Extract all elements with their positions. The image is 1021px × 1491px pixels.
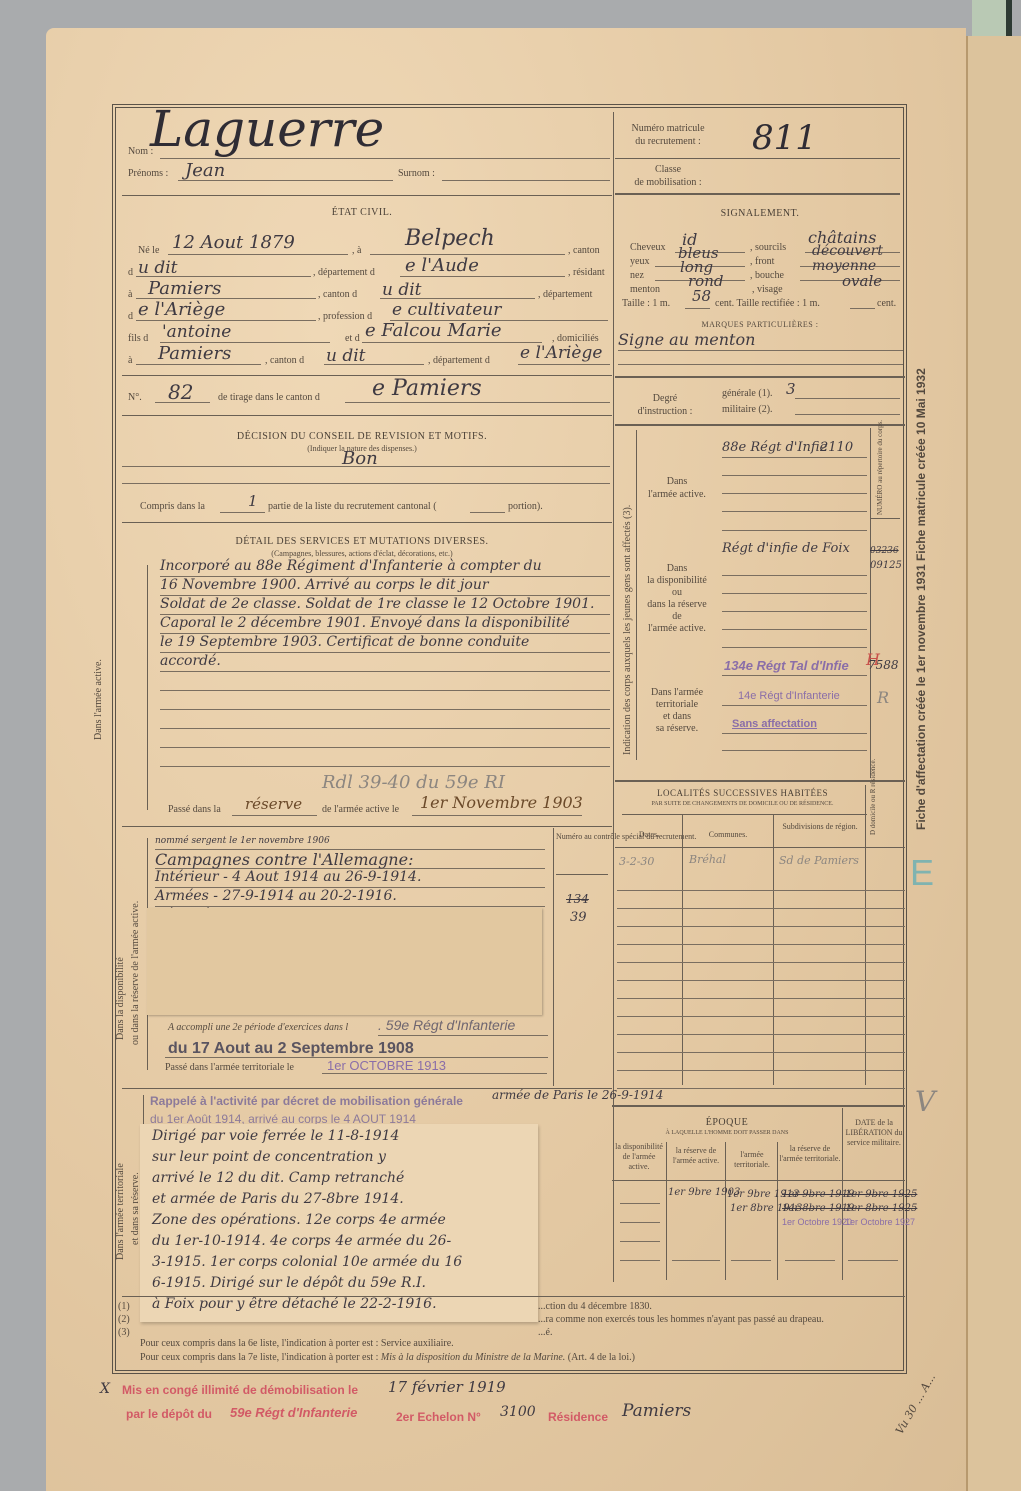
dispo-line: Intérieur - 4 Aout 1914 au 26-9-1914. (155, 869, 545, 888)
residant-a-label: à (128, 289, 132, 300)
epoque-col-reserve-active: la réserve de l'armée active. (668, 1146, 724, 1166)
departement2-value: e l'Ariège (138, 299, 225, 320)
passe-date: 1er Novembre 1903 (420, 793, 583, 812)
footnote-marker: (1) (118, 1301, 130, 1312)
epoque-subtitle: À LAQUELLE L'HOMME DOIT PASSER DANS (612, 1130, 842, 1136)
degre-label: Degréd'instruction : (625, 392, 705, 418)
visage-label: , visage (752, 284, 783, 295)
note-line: Dirigé par voie ferrée le 11-8-1914 (152, 1128, 532, 1149)
birthplace-value: Belpech (405, 226, 495, 251)
dispo-numero: 09125 (870, 560, 902, 571)
profession-value: e cultivateur (392, 300, 501, 320)
demob-residence-value: Pamiers (622, 1401, 691, 1421)
canton2-label: , canton d (318, 289, 357, 300)
note-line: 6-1915. Dirigé sur le dépôt du 59e R.I. (152, 1275, 532, 1296)
residence-value: Pamiers (148, 278, 221, 299)
service-line: Incorporé au 88e Régiment d'Infanterie à… (160, 558, 610, 577)
dispo-line: nommé sergent le 1er novembre 1906 (155, 836, 545, 850)
active-label: Dansl'armée active. (638, 475, 716, 501)
footnote-6: Pour ceux compris dans la 6e liste, l'in… (140, 1338, 454, 1349)
signalement-title: SIGNALEMENT. (615, 208, 905, 219)
canton2-value: u dit (382, 280, 422, 300)
prenoms-label: Prénoms : (128, 168, 168, 179)
note-line: sur leur point de concentration y (152, 1149, 532, 1170)
cent-label: cent. (877, 298, 896, 309)
demob-echelon-no: 3100 (500, 1404, 536, 1420)
numero-controle-label: Numéro au contrôle spécial du recrutemen… (556, 832, 608, 842)
nom-value: Laguerre (150, 100, 384, 158)
compris-suffix: partie de la liste du recrutement canton… (268, 501, 437, 512)
col-communes: Communes. (684, 830, 772, 839)
demob-label-1: Mis en congé illimité de démobilisation … (122, 1383, 358, 1397)
services-subtitle: (Campagnes, blessures, actions d'éclat, … (112, 549, 612, 558)
service-line: 16 Novembre 1900. Arrivé au corps le dit… (160, 577, 610, 596)
nez-label: nez (630, 270, 644, 281)
epoque-title: ÉPOQUE (612, 1117, 842, 1128)
active-value: 88e Régt d'Infie (722, 440, 827, 455)
liberation-label: DATE de la LIBÉRATION du service militai… (845, 1118, 903, 1148)
epoque-reserve-territoriale-stamp: 1er Octobre 1920 (782, 1217, 852, 1227)
demob-regiment: 59e Régt d'Infanterie (230, 1405, 357, 1420)
militaire-label: militaire (2). (722, 404, 773, 415)
sourcils-label: , sourcils (750, 242, 786, 253)
taille-label: Taille : 1 m. (622, 298, 670, 309)
note-line: du 1er-10-1914. 4e corps 4e armée du 26- (152, 1233, 532, 1254)
territoriale-corps-label: Dans l'arméeterritorialeet danssa réserv… (638, 687, 716, 735)
territoriale-stamp-3: Sans affectation (732, 718, 817, 730)
epoque-reserve-territoriale-1: 1er 9bre 1919 (782, 1189, 854, 1200)
canton3-label: , canton d (265, 355, 304, 366)
passe-label: Passé dans la (168, 804, 221, 815)
pasted-note: Dirigé par voie ferrée le 11-8-1914 sur … (140, 1124, 538, 1322)
epoque-reserve-territoriale-2: 1er 8bre 1919 (782, 1203, 854, 1214)
taille-value: 58 (692, 287, 711, 305)
footnote-marker: (2) (118, 1314, 130, 1325)
a-label: , à (352, 245, 361, 256)
matricule-label: Numéro matriculedu recrutement : (618, 122, 718, 148)
tirage-no-label: N°. (128, 392, 142, 403)
footnote-text: ...ction du 4 décembre 1830. (538, 1300, 652, 1313)
corps-side-label: Indication des corps auxquels les jeunes… (622, 505, 633, 755)
ne-le-label: Né le (138, 245, 159, 256)
conseil-title: DÉCISION DU CONSEIL DE REVISION ET MOTIF… (112, 431, 612, 442)
footnote-7-suffix: (Art. 4 de la loi.) (565, 1352, 635, 1363)
localite-date: 3-2-30 (619, 855, 654, 868)
canton-label: , canton (568, 245, 600, 256)
next-page-edge (966, 36, 1021, 1491)
localites-subtitle: PAR SUITE DE CHANGEMENTS DE DOMICILE OU … (615, 801, 870, 807)
marques-value: Signe au menton (618, 330, 755, 349)
demob-label-2: par le dépôt du (126, 1407, 212, 1421)
canton-prefix: d (128, 267, 133, 278)
domicile-value: Pamiers (158, 343, 231, 364)
fils-label: fils d (128, 333, 148, 344)
active-numero: 2110 (820, 440, 853, 455)
numero-struck: 134 (566, 892, 589, 906)
col-dates: Dates. (617, 830, 681, 839)
mother-value: e Falcou Marie (365, 320, 502, 341)
fiche-stamp: Fiche d'affectation créée le 1er novembr… (914, 368, 928, 830)
footnote-marker: (3) (118, 1327, 130, 1338)
dispo-line: Armées - 27-9-1914 au 20-2-1916. (155, 888, 545, 907)
dispo-side-label-2: ou dans la réserve de l'armée active. (130, 901, 141, 1045)
compris-label: Compris dans la (140, 501, 205, 512)
matricule-value: 811 (752, 118, 817, 158)
front-label: , front (750, 256, 774, 267)
departement3-label: , département d (428, 355, 490, 366)
prenoms-value: Jean (185, 160, 225, 181)
demob-echelon: 2er Echelon N° (396, 1410, 481, 1424)
note-line: et armée de Paris du 27-8bre 1914. (152, 1191, 532, 1212)
terr-side-label-1: Dans l'armée territoriale (115, 1163, 126, 1260)
yeux-label: yeux (630, 256, 649, 267)
localites-empty-rows (617, 873, 905, 1089)
footnote-text: ...é. (538, 1326, 552, 1339)
epoque-liberation-2: 1er 8bre 1925 (845, 1203, 917, 1214)
rappel-annotation: armée de Paris le 26-9-1914 (492, 1088, 663, 1102)
tirage-no-value: 82 (168, 380, 193, 404)
menton-label: menton (630, 284, 660, 295)
col-subdivisions: Subdivisions de région. (777, 822, 863, 832)
residant-label: , résidant (568, 267, 605, 278)
rappel-stamp-1: Rappelé à l'activité par décret de mobil… (150, 1094, 463, 1108)
localite-subdivision: Sd de Pamiers (779, 854, 859, 867)
demob-marker: X (100, 1381, 110, 1397)
epoque-col-reserve-territoriale: la réserve de l'armée territoriale. (779, 1144, 841, 1164)
epoque-liberation-1: 1er 9bre 1925 (845, 1189, 917, 1200)
binder-tab (972, 0, 1012, 40)
passe-suffix: de l'armée active le (322, 804, 399, 815)
footnote-text: ...ra comme non exercés tous les hommes … (538, 1313, 824, 1326)
dispo-corps-label: Dansla disponibilitéoudans la réservedel… (638, 563, 716, 635)
cheveux-label: Cheveux (630, 242, 666, 253)
birth-date-value: 12 Aout 1879 (172, 232, 295, 253)
etat-civil-title: ÉTAT CIVIL. (112, 207, 612, 218)
tirage-canton-value: e Pamiers (372, 376, 482, 401)
col-dr: D domicile ou R résidence. (869, 759, 877, 835)
canton-value: u dit (138, 258, 178, 278)
service-line: le 19 Septembre 1903. Certificat de bonn… (160, 634, 610, 653)
father-value: 'antoine (162, 322, 231, 342)
compris-value: 1 (248, 492, 258, 510)
front-value: découvert (812, 243, 883, 259)
service-line: accordé. (160, 653, 610, 672)
departement-label: , département d (313, 267, 375, 278)
note-line: arrivé le 12 du dit. Camp retranché (152, 1170, 532, 1191)
dispo-numero-struck: 03236 (870, 546, 899, 556)
marques-title: MARQUES PARTICULIÈRES : (615, 320, 905, 329)
footnote-7-italic: Mis à la disposition du Ministre de la M… (381, 1352, 565, 1363)
dispo-territoriale-value: 1er OCTOBRE 1913 (327, 1058, 446, 1073)
departement-value: e l'Aude (405, 255, 479, 276)
epoque-liberation-stamp: 1er Octobre 1927 (845, 1217, 915, 1227)
territoriale-stamp-1: 134e Régt Tal d'Infie (724, 658, 849, 673)
epoque-col-territoriale: l'armée territoriale. (727, 1150, 777, 1170)
note-line: 3-1915. 1er corps colonial 10e armée du … (152, 1254, 532, 1275)
footnote-7-prefix: Pour ceux compris dans la 7e liste, l'in… (140, 1352, 381, 1363)
et-de-label: et d (345, 333, 360, 344)
canton3-value: u dit (326, 346, 366, 366)
footnote-7: Pour ceux compris dans la 7e liste, l'in… (140, 1352, 635, 1363)
margin-letter-v: V (915, 1085, 935, 1118)
nom-label: Nom : (128, 146, 153, 157)
numero-value: 39 (570, 910, 587, 925)
departement3-value: e l'Ariège (520, 343, 602, 363)
tirage-label: de tirage dans le canton d (218, 392, 320, 403)
pasted-paper-strip (147, 908, 542, 1015)
exercices-value: . 59e Régt d'Infanterie (378, 1017, 515, 1033)
dispo-territoriale-label: Passé dans l'armée territoriale le (165, 1062, 294, 1073)
demob-date: 17 février 1919 (388, 1378, 506, 1396)
bouche-label: , bouche (750, 270, 784, 281)
territoriale-stamp-2: 14e Régt d'Infanterie (738, 690, 840, 702)
territoriale-mark: R (877, 688, 889, 707)
domicile-a-label: à (128, 355, 132, 366)
localites-title: LOCALITÉS SUCCESSIVES HABITÉES (615, 788, 870, 798)
note-line: Zone des opérations. 12e corps 4e armée (152, 1212, 532, 1233)
generale-value: 3 (786, 380, 796, 398)
services-lines: Incorporé au 88e Régiment d'Infanterie à… (160, 558, 610, 767)
corps-numero-label: NUMÉRO au répertoire du corps. (876, 420, 884, 515)
localite-commune: Bréhal (689, 853, 726, 866)
margin-letter-e: E (910, 852, 934, 894)
taille-cent-label: cent. Taille rectifiée : 1 m. (715, 298, 820, 309)
margin-mark-h: H (866, 650, 880, 669)
generale-label: générale (1). (722, 388, 773, 399)
services-side-label: Dans l'armée active. (93, 659, 104, 740)
departement2-label: , département (538, 289, 592, 300)
portion-suffix: portion). (508, 501, 543, 512)
dispo-side-label-1: Dans la disponibilité (115, 957, 126, 1040)
dispo-line: Campagnes contre l'Allemagne: (155, 850, 545, 869)
dispo-corps-value: Régt d'infie de Foix (722, 541, 850, 556)
exercices-dates: du 17 Aout au 2 Septembre 1908 (168, 1040, 414, 1058)
epoque-col-dispo: la disponibilité de l'armée active. (612, 1142, 666, 1172)
surnom-label: Surnom : (398, 168, 435, 179)
services-annotation: Rdl 39-40 du 59e RI (322, 772, 505, 793)
services-title: DÉTAIL DES SERVICES ET MUTATIONS DIVERSE… (112, 536, 612, 547)
service-line: Soldat de 2e classe. Soldat de 1re class… (160, 596, 610, 615)
service-line: Caporal le 2 décembre 1901. Envoyé dans … (160, 615, 610, 634)
passe-value: réserve (245, 795, 302, 813)
dep2-prefix: d (128, 311, 133, 322)
classe-label: Classede mobilisation : (618, 163, 718, 189)
visage-value: ovale (842, 272, 882, 290)
demob-residence-label: Résidence (548, 1410, 608, 1424)
exercices-label: A accompli une 2e période d'exercices da… (168, 1022, 348, 1033)
footnotes: (1)...ction du 4 décembre 1830. (2)...ra… (118, 1300, 898, 1339)
